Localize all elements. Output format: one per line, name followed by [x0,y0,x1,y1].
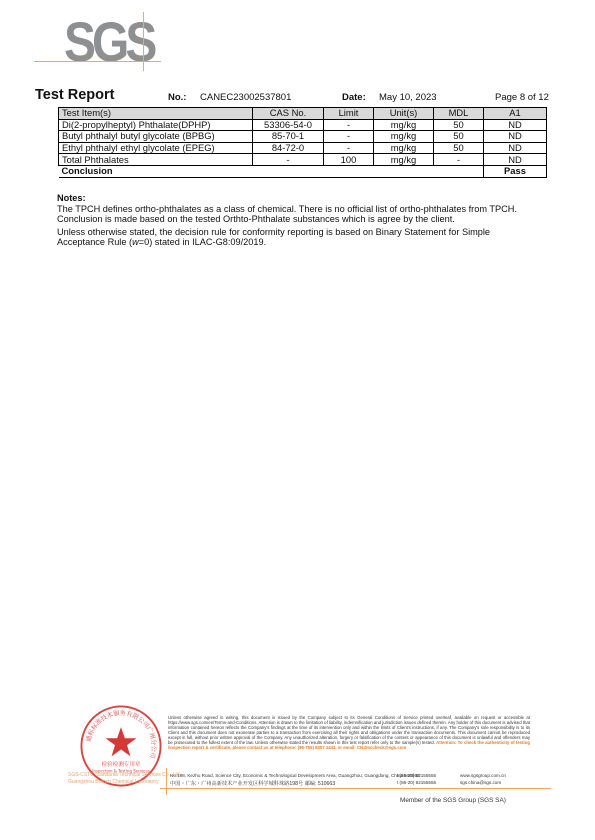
decision-rule-w: w [132,237,139,247]
footer-vertical-rule [166,768,167,795]
report-title: Test Report [35,87,115,103]
table-header-row: Test Item(s) CAS No. Limit Unit(s) MDL A… [59,108,547,120]
table-row: Ethyl phthalyl ethyl glycolate (EPEG) 84… [59,142,547,154]
notes-paragraph-tpch: The TPCH defines ortho-phthalates as a c… [57,204,537,225]
cell-unit: mg/kg [374,142,434,154]
decision-rule-text-end: =0) stated in ILAC-G8:09/2019. [139,237,266,247]
column-header-a1: A1 [484,108,547,120]
table-row: Butyl phthalyl butyl glycolate (BPBG) 85… [59,131,547,143]
logo-text: SGS [64,14,153,74]
column-header-cas-no: CAS No. [253,108,324,120]
cell-result: ND [484,142,547,154]
report-date: May 10, 2023 [379,92,437,103]
cell-cas-no: 85-70-1 [253,131,324,143]
cell-mdl: - [434,154,484,166]
column-header-test-item: Test Item(s) [59,108,253,120]
report-number: CANEC23002537801 [200,92,291,103]
decision-rule-text: Unless otherwise stated, the decision ru… [57,227,490,248]
cell-limit: - [324,131,374,143]
results-table: Test Item(s) CAS No. Limit Unit(s) MDL A… [58,107,547,178]
website: www.sgsgroup.com.cn [460,773,506,778]
cell-cas-no: 84-72-0 [253,142,324,154]
logo-vertical-rule [143,12,144,71]
contact-email: sgs.china@sgs.com [460,780,501,785]
column-header-mdl: MDL [434,108,484,120]
page-number: Page 8 of 12 [495,92,549,103]
cell-test-item: Butyl phthalyl butyl glycolate (BPBG) [59,131,253,143]
cell-mdl: 50 [434,131,484,143]
svg-text:检验检测专用章: 检验检测专用章 [101,760,140,768]
member-statement: Member of the SGS Group (SGS SA) [400,797,506,804]
notes-paragraph-decision-rule: Unless otherwise stated, the decision ru… [57,227,537,248]
cell-limit: 100 [324,154,374,166]
report-number-label: No.: [168,92,186,103]
cell-test-item: Ethyl phthalyl ethyl glycolate (EPEG) [59,142,253,154]
cell-test-item: Total Phthalates [59,154,253,166]
cell-unit: mg/kg [374,131,434,143]
sgs-logo: SGS [64,14,160,72]
address-cn: 中国・广东・广州高新技术产业开发区科学城科珠路198号 邮编: 510663 [170,780,335,787]
cell-test-item: Di(2-propylheptyl) Phthalate(DPHP) [59,119,253,131]
cell-unit: mg/kg [374,154,434,166]
legal-disclaimer: Unless otherwise agreed in writing, this… [168,715,530,750]
cell-result: ND [484,119,547,131]
logo-horizontal-rule [34,61,161,62]
column-header-units: Unit(s) [374,108,434,120]
address-en: No.198, Kezhu Road, Science City, Econom… [170,773,420,778]
column-header-limit: Limit [324,108,374,120]
conclusion-label: Conclusion [59,165,484,177]
cell-limit: - [324,142,374,154]
cell-mdl: 50 [434,119,484,131]
cell-limit: - [324,119,374,131]
cell-cas-no: - [253,154,324,166]
company-name-en: SGS-CSTC Standards Technical Services Co… [68,772,181,778]
cell-unit: mg/kg [374,119,434,131]
footer-rule [160,788,551,789]
conclusion-value: Pass [484,165,547,177]
notes-section: Notes: The TPCH defines ortho-phthalates… [57,193,537,248]
conclusion-row: Conclusion Pass [59,165,547,177]
cell-result: ND [484,131,547,143]
telephone-2: t (86-20) 82155555 [397,780,436,785]
cell-mdl: 50 [434,142,484,154]
table-row: Total Phthalates - 100 mg/kg - ND [59,154,547,166]
telephone-1: t (86-20) 82155555 [397,773,436,778]
cell-result: ND [484,154,547,166]
cell-cas-no: 53306-54-0 [253,119,324,131]
company-branch-en: Guangzhou Branch Chemical Laboratory [68,779,159,785]
date-label: Date: [342,92,366,103]
notes-heading: Notes: [57,193,537,204]
table-row: Di(2-propylheptyl) Phthalate(DPHP) 53306… [59,119,547,131]
